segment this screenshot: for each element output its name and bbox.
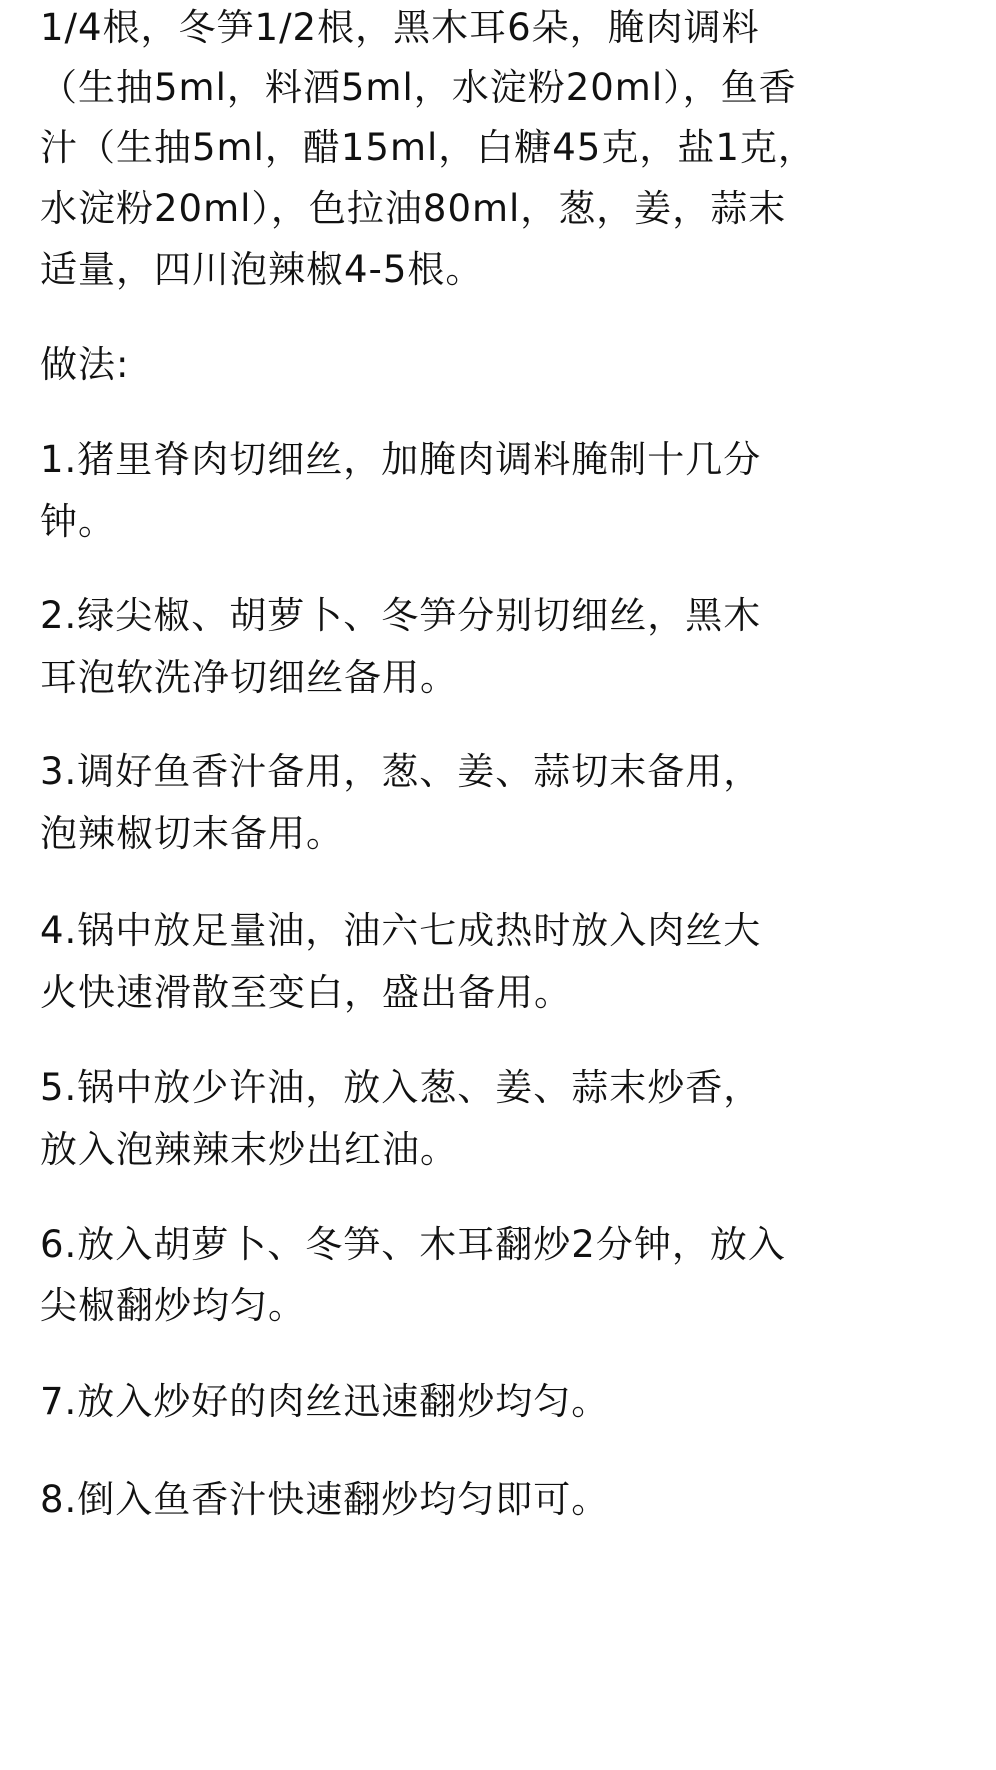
ingredients-line: 汁（生抽5ml，醋15ml，白糖45克，盐1克，	[40, 122, 960, 174]
step-line: 3.调好鱼香汁备用，葱、姜、蒜切末备用，	[40, 746, 960, 798]
method-heading: 做法:	[40, 339, 960, 391]
ingredients-line: （生抽5ml，料酒5ml，水淀粉20ml），鱼香	[40, 62, 960, 114]
step-line: 尖椒翻炒均匀。	[40, 1280, 960, 1332]
step-line: 5.锅中放少许油，放入葱、姜、蒜末炒香，	[40, 1062, 960, 1114]
step-line: 4.锅中放足量油，油六七成热时放入肉丝大	[40, 905, 960, 957]
step-line: 放入泡辣辣末炒出红油。	[40, 1124, 960, 1176]
step-line: 8.倒入鱼香汁快速翻炒均匀即可。	[40, 1474, 960, 1526]
ingredients-line: 1/4根，冬笋1/2根，黑木耳6朵，腌肉调料	[40, 2, 960, 54]
step-line: 泡辣椒切末备用。	[40, 808, 960, 860]
step-line: 钟。	[40, 496, 960, 548]
ingredients-line: 水淀粉20ml），色拉油80ml，葱，姜，蒜末	[40, 183, 960, 235]
recipe-page: 1/4根，冬笋1/2根，黑木耳6朵，腌肉调料 （生抽5ml，料酒5ml，水淀粉2…	[0, 0, 996, 1770]
step-line: 2.绿尖椒、胡萝卜、冬笋分别切细丝，黑木	[40, 590, 960, 642]
step-line: 火快速滑散至变白，盛出备用。	[40, 967, 960, 1019]
step-line: 7.放入炒好的肉丝迅速翻炒均匀。	[40, 1376, 960, 1428]
ingredients-line: 适量，四川泡辣椒4-5根。	[40, 244, 960, 296]
step-line: 1.猪里脊肉切细丝，加腌肉调料腌制十几分	[40, 434, 960, 486]
step-line: 6.放入胡萝卜、冬笋、木耳翻炒2分钟，放入	[40, 1219, 960, 1271]
step-line: 耳泡软洗净切细丝备用。	[40, 652, 960, 704]
